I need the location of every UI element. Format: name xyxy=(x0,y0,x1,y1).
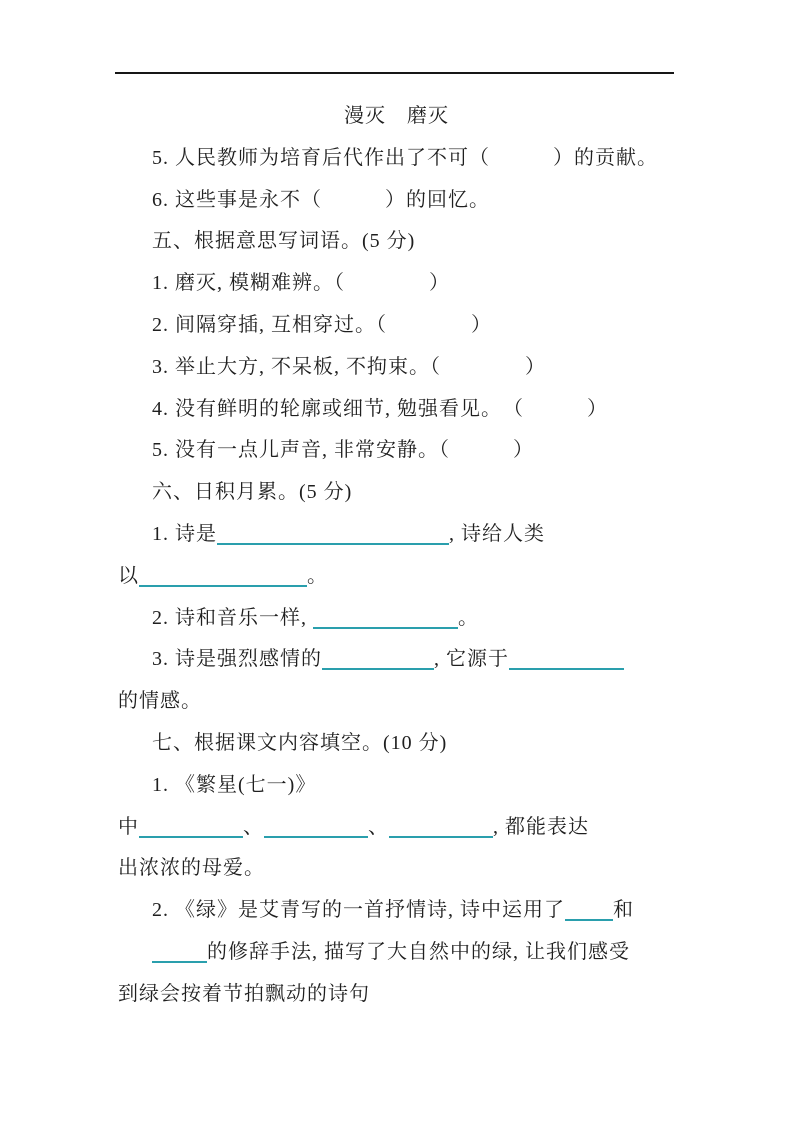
text-segment: 3. 举止大方, 不呆板, 不拘束。（ ） xyxy=(152,356,546,378)
text-segment: 2. 间隔穿插, 互相穿过。（ ） xyxy=(152,314,492,336)
line-section-5-title: 五、根据意思写词语。(5 分) xyxy=(118,221,675,263)
text-segment: 6. 这些事是永不（ ）的回忆。 xyxy=(152,189,490,211)
text-segment: 。 xyxy=(458,607,479,629)
page-top-border-rule xyxy=(115,72,674,74)
worksheet-body: 漫灭 磨灭5. 人民教师为培育后代作出了不可（ ）的贡献。6. 这些事是永不（ … xyxy=(118,96,675,1016)
line-q7-item-1-a: 1. 《繁星(七一)》 xyxy=(118,765,675,807)
answer-blank-underline xyxy=(264,835,368,838)
text-segment: 、 xyxy=(368,816,389,838)
line-q7-item-1-b: 中、、, 都能表达 xyxy=(118,807,675,849)
text-segment: 出浓浓的母爱。 xyxy=(118,857,265,879)
answer-blank-underline xyxy=(313,626,458,629)
line-q7-item-1-c: 出浓浓的母爱。 xyxy=(118,848,675,890)
text-segment: 3. 诗是强烈感情的 xyxy=(152,648,322,670)
text-segment: 的情感。 xyxy=(118,690,202,712)
text-segment: 4. 没有鲜明的轮廓或细节, 勉强看见。 （ ） xyxy=(152,398,608,420)
line-q7-item-2-b: 的修辞手法, 描写了大自然中的绿, 让我们感受 xyxy=(118,932,675,974)
text-segment: 。 xyxy=(307,565,328,587)
line-q4-item-6: 6. 这些事是永不（ ）的回忆。 xyxy=(118,180,675,222)
line-q4-item-5: 5. 人民教师为培育后代作出了不可（ ）的贡献。 xyxy=(118,138,675,180)
line-section-7-title: 七、根据课文内容填空。(10 分) xyxy=(118,723,675,765)
line-q6-item-1-b: 以。 xyxy=(118,556,675,598)
line-word-bank: 漫灭 磨灭 xyxy=(118,96,675,138)
answer-blank-underline xyxy=(217,542,449,545)
text-segment: 5. 人民教师为培育后代作出了不可（ ）的贡献。 xyxy=(152,147,658,169)
text-segment: 六、日积月累。(5 分) xyxy=(152,481,352,503)
text-segment: 5. 没有一点儿声音, 非常安静。（ ） xyxy=(152,439,534,461)
text-segment: 和 xyxy=(613,899,634,921)
answer-blank-underline xyxy=(509,667,624,670)
text-segment: 1. 诗是 xyxy=(152,523,217,545)
answer-blank-underline xyxy=(565,918,613,921)
line-q5-item-4: 4. 没有鲜明的轮廓或细节, 勉强看见。 （ ） xyxy=(118,389,675,431)
line-q5-item-2: 2. 间隔穿插, 互相穿过。（ ） xyxy=(118,305,675,347)
text-segment: , 都能表达 xyxy=(493,816,589,838)
line-q7-item-2-c: 到绿会按着节拍飘动的诗句 xyxy=(118,974,675,1016)
text-segment: 到绿会按着节拍飘动的诗句 xyxy=(118,983,370,1005)
answer-blank-underline xyxy=(322,667,434,670)
line-q6-item-3-b: 的情感。 xyxy=(118,681,675,723)
line-q6-item-1-a: 1. 诗是, 诗给人类 xyxy=(118,514,675,556)
text-segment: 1. 《繁星(七一)》 xyxy=(152,774,316,796)
line-q6-item-3-a: 3. 诗是强烈感情的, 它源于 xyxy=(118,639,675,681)
text-segment: 2. 《绿》是艾青写的一首抒情诗, 诗中运用了 xyxy=(152,899,565,921)
worksheet-page: 漫灭 磨灭5. 人民教师为培育后代作出了不可（ ）的贡献。6. 这些事是永不（ … xyxy=(0,0,793,1122)
text-segment: 、 xyxy=(243,816,264,838)
line-q6-item-2: 2. 诗和音乐一样, 。 xyxy=(118,598,675,640)
text-segment: 七、根据课文内容填空。(10 分) xyxy=(152,732,447,754)
text-segment: 中 xyxy=(118,816,139,838)
text-segment: , 它源于 xyxy=(434,648,509,670)
text-segment: , 诗给人类 xyxy=(449,523,545,545)
text-segment: 2. 诗和音乐一样, xyxy=(152,607,313,629)
line-q5-item-3: 3. 举止大方, 不呆板, 不拘束。（ ） xyxy=(118,347,675,389)
line-q7-item-2-a: 2. 《绿》是艾青写的一首抒情诗, 诗中运用了和 xyxy=(118,890,675,932)
answer-blank-underline xyxy=(152,960,207,963)
text-segment: 漫灭 磨灭 xyxy=(344,105,449,127)
answer-blank-underline xyxy=(139,584,307,587)
line-section-6-title: 六、日积月累。(5 分) xyxy=(118,472,675,514)
answer-blank-underline xyxy=(389,835,493,838)
text-segment: 五、根据意思写词语。(5 分) xyxy=(152,230,415,252)
text-segment: 的修辞手法, 描写了大自然中的绿, 让我们感受 xyxy=(207,941,630,963)
line-q5-item-1: 1. 磨灭, 模糊难辨。（ ） xyxy=(118,263,675,305)
text-segment: 以 xyxy=(118,565,139,587)
text-segment: 1. 磨灭, 模糊难辨。（ ） xyxy=(152,272,450,294)
answer-blank-underline xyxy=(139,835,243,838)
line-q5-item-5: 5. 没有一点儿声音, 非常安静。（ ） xyxy=(118,430,675,472)
